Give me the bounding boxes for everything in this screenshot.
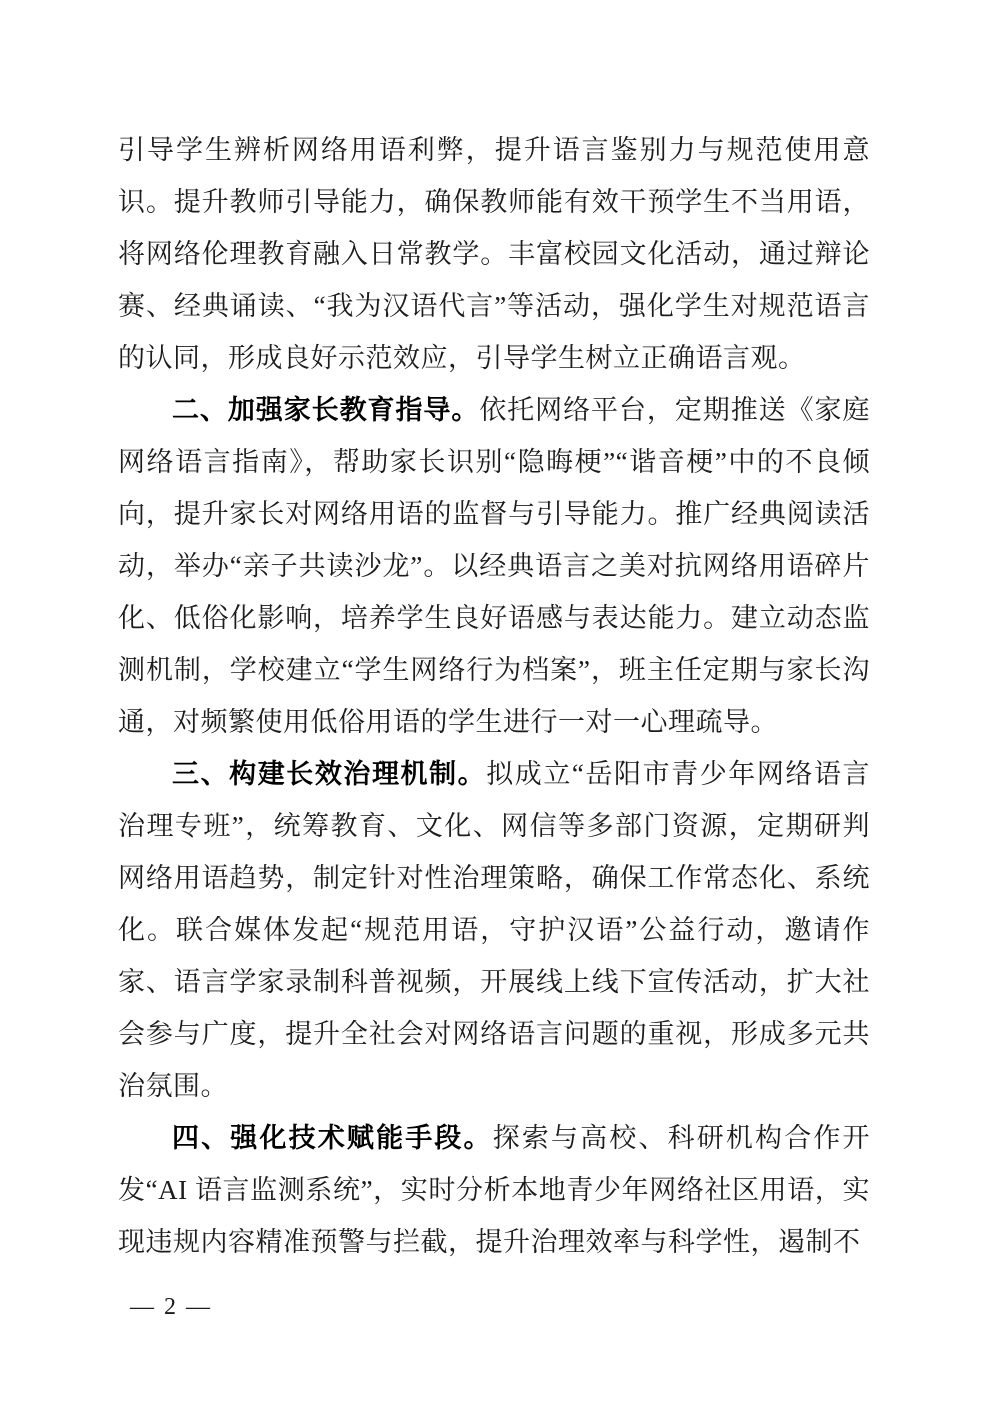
- body-paragraph: 二、加强家长教育指导。依托网络平台，定期推送《家庭网络语言指南》，帮助家长识别“…: [118, 384, 870, 748]
- body-paragraph: 引导学生辨析网络用语利弊，提升语言鉴别力与规范使用意识。提升教师引导能力，确保教…: [118, 124, 870, 384]
- paragraph-text: 拟成立“岳阳市青少年网络语言治理专班”，统筹教育、文化、网信等多部门资源，定期研…: [118, 759, 870, 1101]
- document-body: 引导学生辨析网络用语利弊，提升语言鉴别力与规范使用意识。提升教师引导能力，确保教…: [118, 124, 870, 1268]
- paragraph-heading: 三、构建长效治理机制。: [172, 759, 486, 789]
- paragraph-text: 引导学生辨析网络用语利弊，提升语言鉴别力与规范使用意识。提升教师引导能力，确保教…: [118, 135, 870, 373]
- body-paragraph: 四、强化技术赋能手段。探索与高校、科研机构合作开发“AI 语言监测系统”，实时分…: [118, 1112, 870, 1268]
- paragraph-heading: 四、强化技术赋能手段。: [172, 1123, 493, 1153]
- body-paragraph: 三、构建长效治理机制。拟成立“岳阳市青少年网络语言治理专班”，统筹教育、文化、网…: [118, 748, 870, 1112]
- page-number: — 2 —: [130, 1291, 212, 1323]
- paragraph-heading: 二、加强家长教育指导。: [172, 395, 479, 425]
- paragraph-text: 依托网络平台，定期推送《家庭网络语言指南》，帮助家长识别“隐晦梗”“谐音梗”中的…: [118, 395, 870, 737]
- document-page: 引导学生辨析网络用语利弊，提升语言鉴别力与规范使用意识。提升教师引导能力，确保教…: [0, 0, 1000, 1414]
